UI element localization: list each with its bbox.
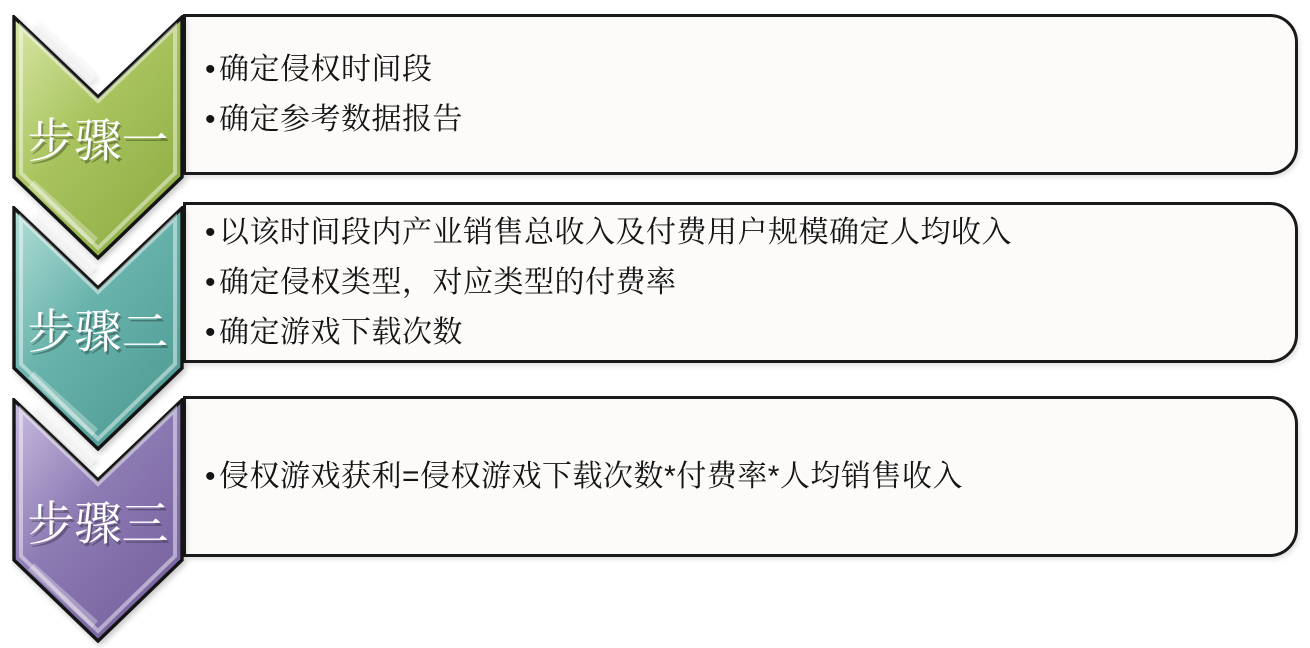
- bullet-text: 侵权游戏获利=侵权游戏下载次数*付费率*人均销售收入: [219, 460, 963, 493]
- step-label: 步骤二: [28, 305, 169, 358]
- bullet-item: •确定参考数据报告: [205, 95, 1265, 145]
- bullet-item: •确定游戏下载次数: [205, 308, 1265, 358]
- bullet-marker: •: [205, 460, 216, 493]
- bullet-text: 确定参考数据报告: [219, 103, 463, 136]
- bullet-marker: •: [205, 103, 216, 136]
- process-diagram: •确定侵权时间段 •确定参考数据报告 •以该时间段内产业销售总收入及付费用户规模…: [0, 0, 1310, 648]
- bullet-item: •以该时间段内产业销售总收入及付费用户规模确定人均收入: [205, 208, 1265, 258]
- bullet-text: 以该时间段内产业销售总收入及付费用户规模确定人均收入: [219, 216, 1012, 249]
- step-3-chevron: 步骤三 步骤三: [12, 398, 184, 643]
- bullet-marker: •: [205, 266, 216, 299]
- step-1-textbox: •确定侵权时间段 •确定参考数据报告: [183, 14, 1298, 175]
- bullet-text: 确定侵权类型，对应类型的付费率: [219, 266, 677, 299]
- bullet-item: •确定侵权时间段: [205, 45, 1265, 95]
- step-label: 步骤三: [28, 497, 169, 550]
- chevron-down-shape: 步骤三 步骤三: [12, 398, 184, 643]
- bullet-marker: •: [205, 53, 216, 86]
- bullet-item: •侵权游戏获利=侵权游戏下载次数*付费率*人均销售收入: [205, 452, 1265, 502]
- bullet-text: 确定游戏下载次数: [219, 316, 463, 349]
- bullet-item: •确定侵权类型，对应类型的付费率: [205, 258, 1265, 308]
- step-3-textbox: •侵权游戏获利=侵权游戏下载次数*付费率*人均销售收入: [183, 396, 1298, 557]
- bullet-text: 确定侵权时间段: [219, 53, 433, 86]
- step-2-textbox: •以该时间段内产业销售总收入及付费用户规模确定人均收入 •确定侵权类型，对应类型…: [183, 202, 1298, 363]
- bullet-marker: •: [205, 316, 216, 349]
- bullet-marker: •: [205, 216, 216, 249]
- step-label: 步骤一: [28, 114, 169, 167]
